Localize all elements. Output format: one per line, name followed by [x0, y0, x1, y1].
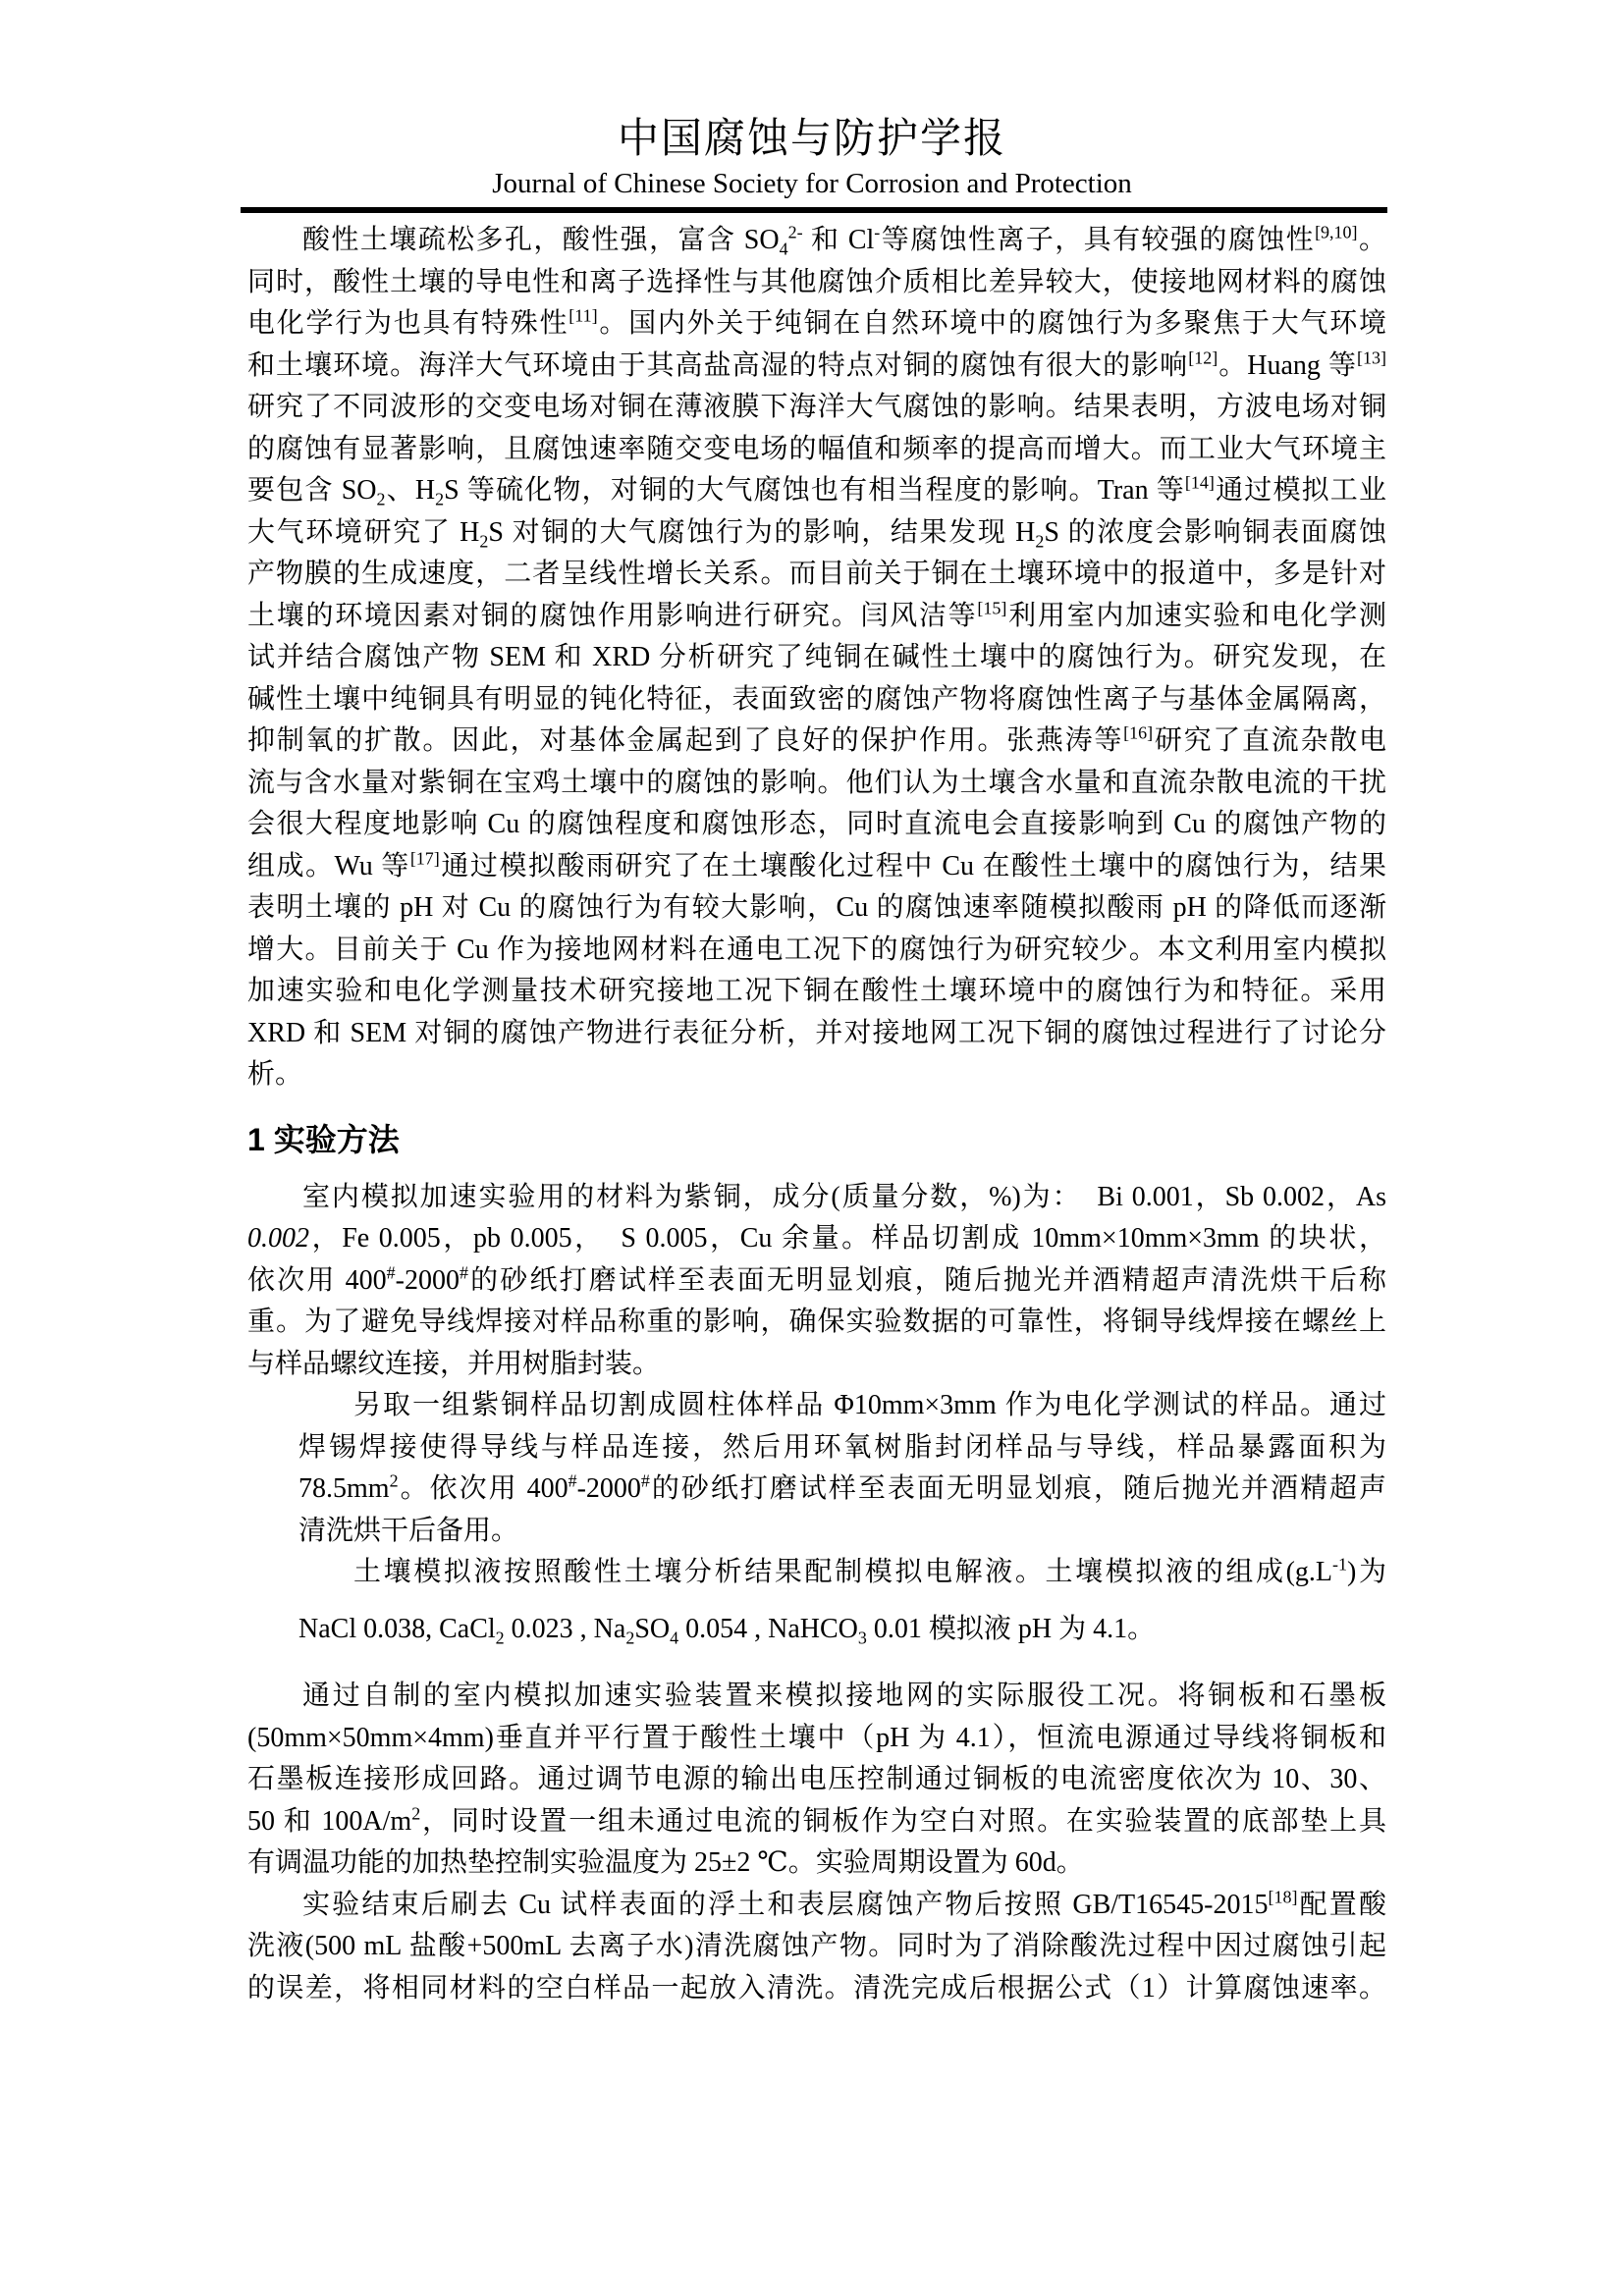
text-line: (50mm×50mm×4mm)垂直并平行置于酸性土壤中（pH 为 4.1），恒流… — [247, 1718, 1386, 1760]
text-line: 试并结合腐蚀产物 SEM 和 XRD 分析研究了纯铜在碱性土壤中的腐蚀行为。研究… — [247, 637, 1386, 679]
cleanup-paragraph: 实验结束后刷去 Cu 试样表面的浮土和表层腐蚀产物后按照 GB/T16545-2… — [247, 1885, 1386, 2010]
text-line: 清洗烘干后备用。 — [298, 1511, 1386, 1553]
text-line: 电化学行为也具有特殊性[11]。国内外关于纯铜在自然环境中的腐蚀行为多聚焦于大气… — [247, 303, 1386, 346]
text-line: 50 和 100A/m2，同时设置一组未通过电流的铜板作为空白对照。在实验装置的… — [247, 1801, 1386, 1843]
text-line: 洗液(500 mL 盐酸+500mL 去离子水)清洗腐蚀产物。同时为了消除酸洗过… — [247, 1926, 1386, 1968]
text-line: 会很大程度地影响 Cu 的腐蚀程度和腐蚀形态，同时直流电会直接影响到 Cu 的腐… — [247, 804, 1386, 846]
text-line: 酸性土壤疏松多孔，酸性强，富含 SO42- 和 Cl-等腐蚀性离子，具有较强的腐… — [247, 220, 1386, 262]
text-line: 实验结束后刷去 Cu 试样表面的浮土和表层腐蚀产物后按照 GB/T16545-2… — [247, 1885, 1386, 1927]
text-line: 析。 — [247, 1054, 1386, 1096]
text-line: XRD 和 SEM 对铜的腐蚀产物进行表征分析，并对接地网工况下铜的腐蚀过程进行… — [247, 1013, 1386, 1055]
journal-page: 中国腐蚀与防护学报 Journal of Chinese Society for… — [0, 0, 1624, 2296]
text-line: 石墨板连接形成回路。通过调节电源的输出电压控制通过铜板的电流密度依次为 10、3… — [247, 1759, 1386, 1801]
header-rule — [241, 207, 1387, 213]
journal-title: 中国腐蚀与防护学报 — [0, 116, 1624, 163]
text-line: 同时，酸性土壤的导电性和离子选择性与其他腐蚀介质相比差异较大，使接地网材料的腐蚀 — [247, 262, 1386, 304]
text-line: 与样品螺纹连接，并用树脂封装。 — [247, 1344, 1386, 1386]
text-line: 的误差，将相同材料的空白样品一起放入清洗。清洗完成后根据公式（1）计算腐蚀速率。 — [247, 1968, 1386, 2010]
journal-subtitle: Journal of Chinese Society for Corrosion… — [0, 165, 1624, 202]
article-body: 酸性土壤疏松多孔，酸性强，富含 SO42- 和 Cl-等腐蚀性离子，具有较强的腐… — [247, 220, 1386, 2009]
text-line: 0.002，Fe 0.005，pb 0.005， S 0.005，Cu 余量。样… — [247, 1218, 1386, 1260]
text-line: 大气环境研究了 H2S 对铜的大气腐蚀行为的影响，结果发现 H2S 的浓度会影响… — [247, 512, 1386, 555]
text-line: 另取一组紫铜样品切割成圆柱体样品 Φ10mm×3mm 作为电化学测试的样品。通过 — [298, 1385, 1386, 1427]
text-line: 焊锡焊接使得导线与样品连接，然后用环氧树脂封闭样品与导线，样品暴露面积为 — [298, 1427, 1386, 1469]
page-header: 中国腐蚀与防护学报 Journal of Chinese Society for… — [0, 0, 1624, 213]
soil-solution-paragraph: 土壤模拟液按照酸性土壤分析结果配制模拟电解液。土壤模拟液的组成(g.L-1)为N… — [247, 1552, 1386, 1650]
intro-paragraph: 酸性土壤疏松多孔，酸性强，富含 SO42- 和 Cl-等腐蚀性离子，具有较强的腐… — [247, 220, 1386, 1096]
text-line: 有调温功能的加热垫控制实验温度为 25±2 ℃。实验周期设置为 60d。 — [247, 1842, 1386, 1885]
text-line: 增大。目前关于 Cu 作为接地网材料在通电工况下的腐蚀行为研究较少。本文利用室内… — [247, 930, 1386, 972]
text-line: 通过自制的室内模拟加速实验装置来模拟接地网的实际服役工况。将铜板和石墨板 — [247, 1676, 1386, 1718]
materials-paragraph: 室内模拟加速实验用的材料为紫铜，成分(质量分数，%)为： Bi 0.001，Sb… — [247, 1177, 1386, 1386]
text-line: 表明土壤的 pH 对 Cu 的腐蚀行为有较大影响，Cu 的腐蚀速率随模拟酸雨 p… — [247, 887, 1386, 930]
text-line: 土壤模拟液按照酸性土壤分析结果配制模拟电解液。土壤模拟液的组成(g.L-1)为 — [298, 1552, 1386, 1594]
text-line: 土壤的环境因素对铜的腐蚀作用影响进行研究。闫风洁等[15]利用室内加速实验和电化… — [247, 596, 1386, 638]
text-line: 要包含 SO2、H2S 等硫化物，对铜的大气腐蚀也有相当程度的影响。Tran 等… — [247, 470, 1386, 512]
text-line: 室内模拟加速实验用的材料为紫铜，成分(质量分数，%)为： Bi 0.001，Sb… — [247, 1177, 1386, 1219]
device-paragraph: 通过自制的室内模拟加速实验装置来模拟接地网的实际服役工况。将铜板和石墨板(50m… — [247, 1676, 1386, 1885]
text-line: 的腐蚀有显著影响，且腐蚀速率随交变电场的幅值和频率的提高而增大。而工业大气环境主 — [247, 429, 1386, 471]
text-line: 碱性土壤中纯铜具有明显的钝化特征，表面致密的腐蚀产物将腐蚀性离子与基体金属隔离， — [247, 679, 1386, 721]
text-line: NaCl 0.038, CaCl2 0.023 , Na2SO4 0.054 ,… — [298, 1609, 1386, 1651]
methods-heading: 1 实验方法 — [247, 1118, 1386, 1161]
text-line: 流与含水量对紫铜在宝鸡土壤中的腐蚀的影响。他们认为土壤含水量和直流杂散电流的干扰 — [247, 763, 1386, 805]
text-line: 研究了不同波形的交变电场对铜在薄液膜下海洋大气腐蚀的影响。结果表明，方波电场对铜 — [247, 387, 1386, 429]
text-line: 产物膜的生成速度，二者呈线性增长关系。而目前关于铜在土壤环境中的报道中，多是针对 — [247, 554, 1386, 596]
text-line: 抑制氧的扩散。因此，对基体金属起到了良好的保护作用。张燕涛等[16]研究了直流杂… — [247, 721, 1386, 763]
text-line: 和土壤环境。海洋大气环境由于其高盐高湿的特点对铜的腐蚀有很大的影响[12]。Hu… — [247, 346, 1386, 388]
text-line: 78.5mm2。依次用 400#-2000#的砂纸打磨试样至表面无明显划痕，随后… — [298, 1468, 1386, 1511]
text-line: 依次用 400#-2000#的砂纸打磨试样至表面无明显划痕，随后抛光并酒精超声清… — [247, 1260, 1386, 1303]
cylinder-sample-paragraph: 另取一组紫铜样品切割成圆柱体样品 Φ10mm×3mm 作为电化学测试的样品。通过… — [247, 1385, 1386, 1552]
text-line: 重。为了避免导线焊接对样品称重的影响，确保实验数据的可靠性，将铜导线焊接在螺丝上 — [247, 1302, 1386, 1344]
text-line: 组成。Wu 等[17]通过模拟酸雨研究了在土壤酸化过程中 Cu 在酸性土壤中的腐… — [247, 846, 1386, 888]
text-line: 加速实验和电化学测量技术研究接地工况下铜在酸性土壤环境中的腐蚀行为和特征。采用 — [247, 971, 1386, 1013]
